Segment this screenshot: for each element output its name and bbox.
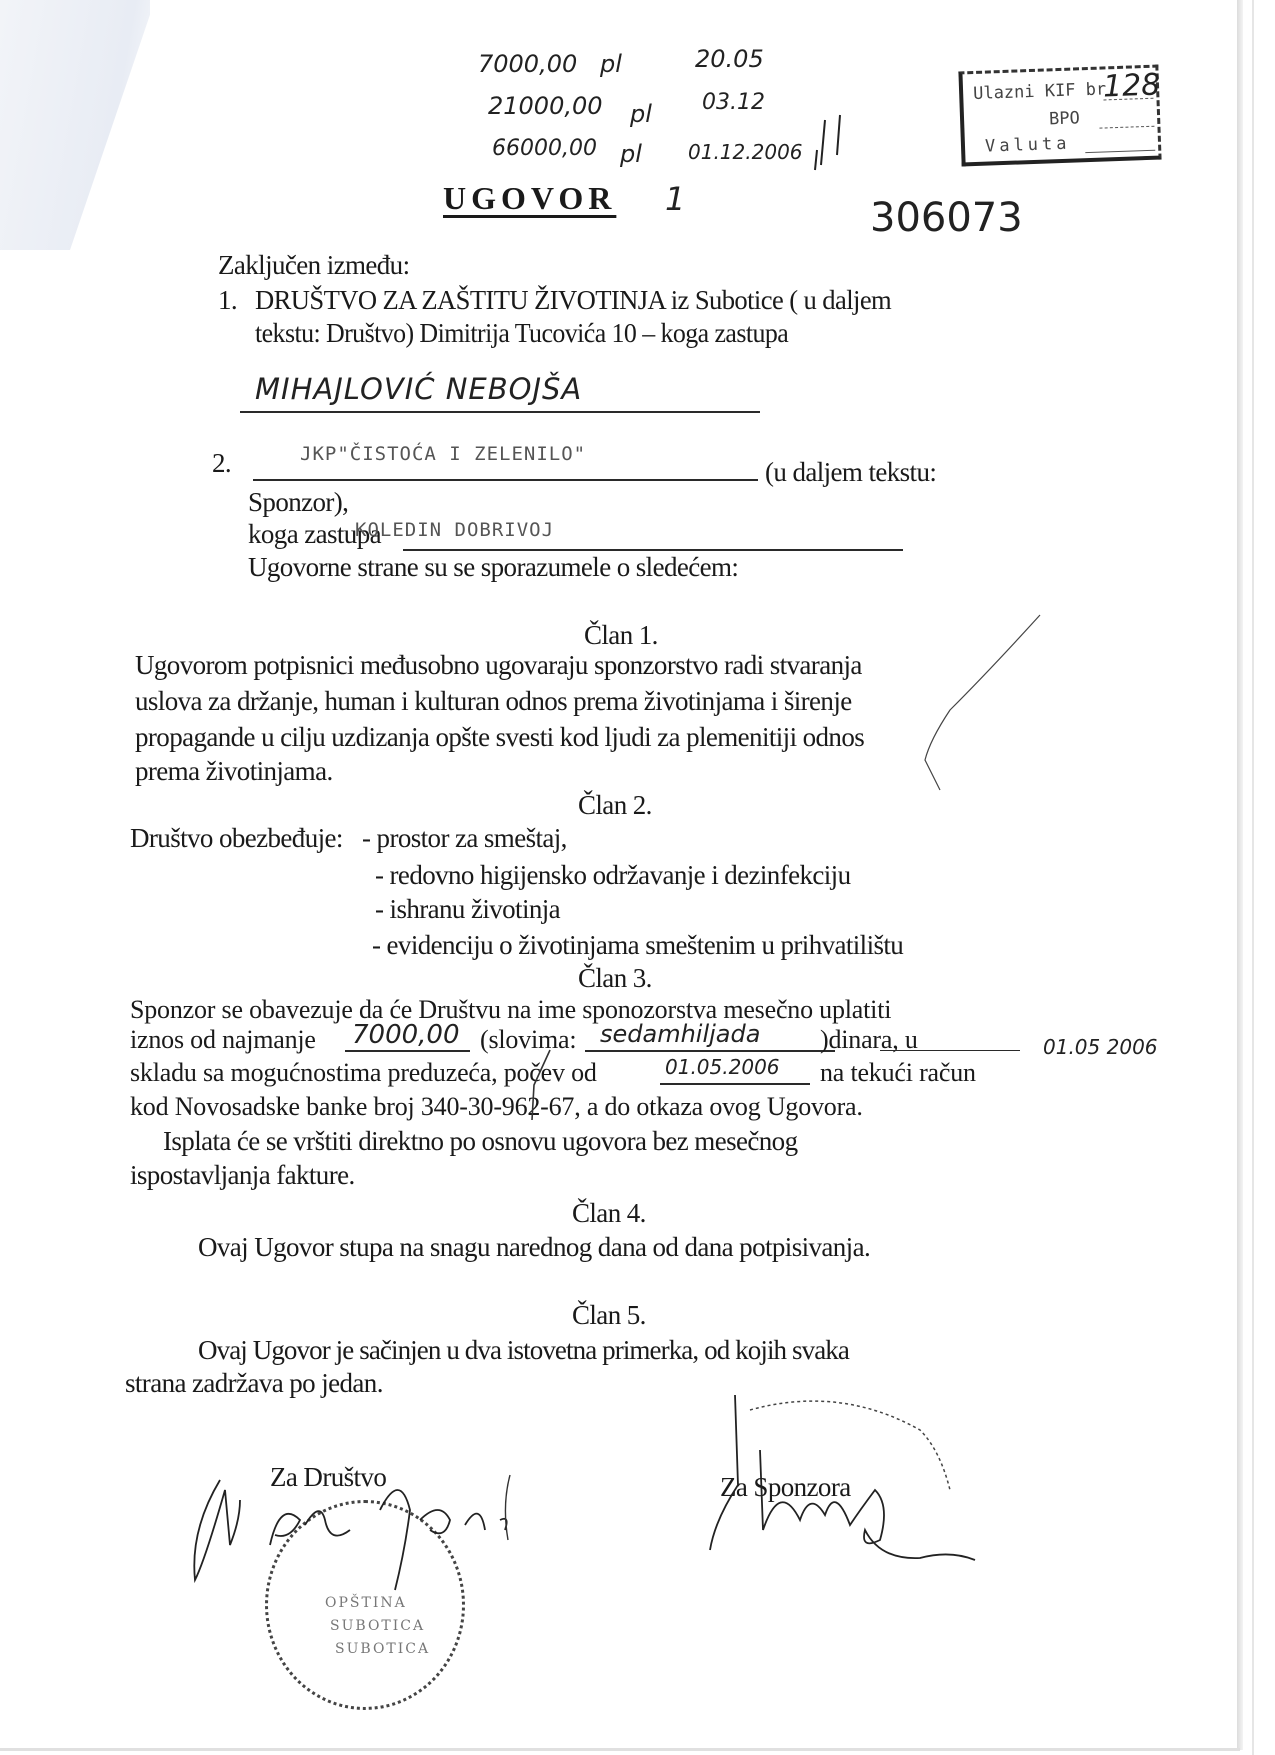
article3-amount-handwritten: 7000,00 (352, 1020, 460, 1050)
article3-line1: Sponzor se obavezuje da će Društvu na im… (130, 995, 891, 1025)
party2-suffix: (u daljem tekstu: (765, 457, 936, 488)
note-amount-2: 21000,00 (488, 92, 603, 120)
article3-line4: kod Novosadske banke broj 340-30-962-67,… (130, 1092, 863, 1122)
party2-representative-rule (403, 549, 903, 551)
article1-line2: uslova za držanje, human i kulturan odno… (135, 686, 852, 717)
article3-line3-b: na tekući račun (820, 1058, 976, 1088)
registry-stamp: Ulazni KIF br. 128 BPO Valuta (958, 65, 1161, 167)
article1-line4: prema životinjama. (135, 756, 333, 787)
party1-number: 1. (218, 285, 237, 316)
page-right-edge-outer (1252, 0, 1254, 1755)
note-amount-1: 7000,00 (478, 50, 577, 78)
note-mark-2: pl (630, 100, 652, 128)
article3-start-date-rule (660, 1083, 810, 1085)
stamp-line1-label: Ulazni KIF br. (973, 79, 1117, 104)
party1-representative-rule (240, 411, 760, 413)
article3-amount-words-rule (585, 1050, 835, 1052)
article1-line3: propagande u cilju uzdizanja opšte svest… (135, 722, 864, 753)
inline-pen-stroke (520, 1045, 560, 1125)
article3-margin-note: 01.05 2006 (1043, 1035, 1158, 1059)
stamp-line2-rule (1099, 126, 1154, 129)
article3-line2-a: iznos od najmanje (130, 1025, 316, 1055)
party1-line2: tekstu: Društvo) Dimitrija Tucovića 10 –… (255, 318, 788, 349)
note-bracket-strokes (795, 110, 855, 180)
article2-item-2: - redovno higijensko održavanje i dezinf… (375, 860, 850, 891)
article3-amount-words-handwritten: sedamhiljada (600, 1020, 760, 1048)
article5-line1: Ovaj Ugovor je sačinjen u dva istovetna … (198, 1335, 849, 1366)
margin-pen-stroke (910, 610, 1060, 800)
signature-right (690, 1390, 990, 1570)
article3-line5: Isplata će se vrštiti direktno po osnovu… (163, 1126, 797, 1157)
article5-heading: Član 5. (572, 1300, 646, 1331)
party2-line2: Sponzor), (248, 487, 348, 518)
signature-left (180, 1460, 520, 1600)
article3-line6: ispostavljanja fakture. (130, 1160, 355, 1191)
article3-arrow-rule (880, 1050, 1020, 1051)
registry-number: 306073 (870, 195, 1023, 241)
note-date-1: 20.05 (695, 45, 764, 73)
signature-left-bracket (500, 1470, 520, 1550)
article1-line1: Ugovorom potpisnici međusobno ugovaraju … (135, 650, 862, 681)
article2-lead: Društvo obezbeđuje: (130, 823, 343, 854)
stamp-line3-rule (1085, 150, 1155, 153)
page-fold-shadow (0, 0, 150, 250)
intro-text: Zaključen između: (218, 250, 409, 281)
article4-text: Ovaj Ugovor stupa na snagu narednog dana… (198, 1232, 870, 1263)
title-copy-mark: 1 (665, 180, 685, 218)
scanned-contract-page: 7000,00 pl 20.05 21000,00 pl 03.12 66000… (0, 0, 1275, 1755)
document-title: UGOVOR (443, 180, 616, 217)
article3-heading: Član 3. (578, 963, 652, 994)
article5-line2: strana zadržava po jedan. (125, 1368, 383, 1399)
note-date-2: 03.12 (702, 90, 765, 115)
article3-amount-rule (345, 1050, 470, 1052)
article2-item-1: - prostor za smeštaj, (362, 823, 567, 854)
note-date-3: 01.12.2006 (688, 140, 803, 164)
note-mark-1: pl (600, 50, 622, 78)
party2-name-rule (253, 479, 758, 481)
page-bottom-edge (0, 1748, 1240, 1751)
note-amount-3: 66000,00 (492, 136, 597, 161)
seal-line-2: SUBOTICA (330, 1618, 425, 1634)
article2-item-4: - evidenciju o životinjama smeštenim u p… (372, 930, 903, 961)
note-mark-3: pl (620, 140, 642, 168)
article3-start-date-handwritten: 01.05.2006 (665, 1055, 780, 1079)
article4-heading: Član 4. (572, 1198, 646, 1229)
article2-item-3: - ishranu životinja (375, 894, 560, 925)
article2-heading: Član 2. (578, 790, 652, 821)
party2-name-typed: JKP"ČISTOĆA I ZELENILO" (300, 443, 586, 465)
article1-heading: Član 1. (584, 620, 658, 651)
stamp-line3-label: Valuta (985, 134, 1071, 157)
agreement-intro: Ugovorne strane su se sporazumele o sled… (248, 552, 738, 583)
seal-line-3: SUBOTICA (335, 1641, 430, 1657)
stamp-line2-label: BPO (1049, 108, 1080, 129)
party1-line1: DRUŠTVO ZA ZAŠTITU ŽIVOTINJA iz Subotice… (255, 285, 891, 316)
party1-representative-handwritten: MIHAJLOVIĆ NEBOJŠA (255, 372, 582, 406)
party2-representative-typed: KOLEDIN DOBRIVOJ (355, 519, 554, 541)
party2-number: 2. (212, 448, 231, 479)
page-right-edge (1237, 0, 1243, 1750)
